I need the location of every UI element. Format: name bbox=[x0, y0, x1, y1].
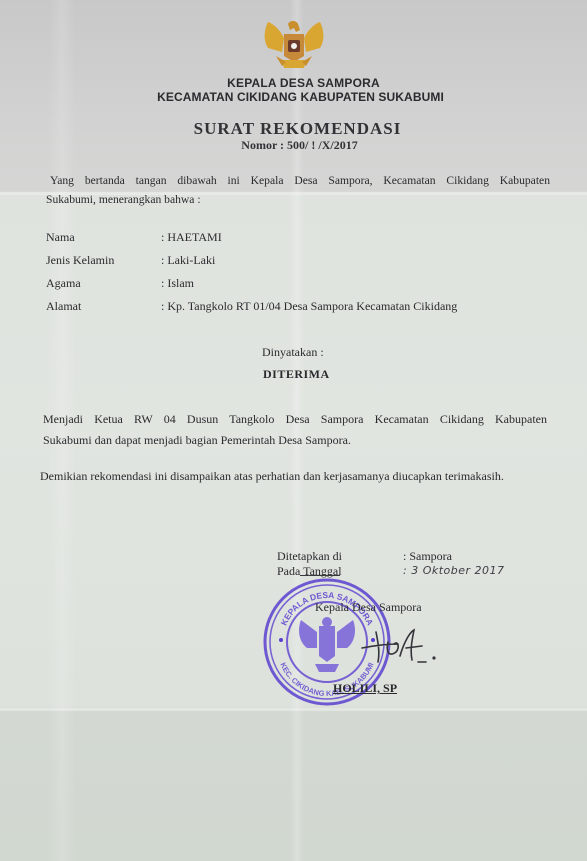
field-row-religion: Agama : Islam bbox=[46, 276, 457, 299]
garuda-emblem-icon bbox=[260, 16, 328, 74]
closing-paragraph: Demikian rekomendasi ini disampaikan ata… bbox=[40, 469, 504, 484]
field-label: Nama bbox=[46, 230, 161, 253]
intro-line: Yang bertanda tangan dibawah ini Kepala … bbox=[50, 171, 550, 190]
letterhead-line-1: KEPALA DESA SAMPORA bbox=[0, 76, 587, 90]
field-row-address: Alamat : Kp. Tangkolo RT 01/04 Desa Samp… bbox=[46, 299, 457, 322]
place-value: : Sampora bbox=[403, 549, 452, 564]
place-label: Ditetapkan di bbox=[277, 549, 403, 564]
document-number: Nomor : 500/ ! /X/2017 bbox=[0, 138, 587, 153]
body-line: Menjadi Ketua RW 04 Dusun Tangkolo Desa … bbox=[43, 409, 547, 430]
place-row: Ditetapkan di : Sampora bbox=[277, 549, 505, 564]
field-label: Alamat bbox=[46, 299, 161, 322]
intro-paragraph: Yang bertanda tangan dibawah ini Kepala … bbox=[50, 171, 550, 209]
field-row-gender: Jenis Kelamin : Laki-Laki bbox=[46, 253, 457, 276]
field-label: Agama bbox=[46, 276, 161, 299]
field-value: : Islam bbox=[161, 276, 194, 299]
body-paragraph: Menjadi Ketua RW 04 Dusun Tangkolo Desa … bbox=[43, 409, 547, 451]
field-value: : HAETAMI bbox=[161, 230, 222, 253]
declared-label: Dinyatakan : bbox=[262, 345, 324, 360]
handwritten-signature-icon bbox=[358, 622, 438, 670]
date-value: : 3 Oktober 2017 bbox=[403, 564, 505, 579]
field-value: : Laki-Laki bbox=[161, 253, 215, 276]
signer-name: HOLILI, SP bbox=[333, 681, 397, 696]
identity-fields: Nama : HAETAMI Jenis Kelamin : Laki-Laki… bbox=[46, 230, 457, 322]
letterhead-line-2: KECAMATAN CIKIDANG KABUPATEN SUKABUMI bbox=[0, 90, 587, 104]
field-row-name: Nama : HAETAMI bbox=[46, 230, 457, 253]
paper-fold bbox=[0, 708, 587, 711]
body-line: Sukabumi dan dapat menjadi bagian Pemeri… bbox=[43, 430, 547, 451]
intro-line: Sukabumi, menerangkan bahwa : bbox=[46, 190, 550, 209]
document-title: SURAT REKOMENDASI bbox=[0, 119, 587, 139]
decision-text: DITERIMA bbox=[263, 367, 330, 382]
signer-title: Kepala Desa Sampora bbox=[315, 600, 422, 615]
field-label: Jenis Kelamin bbox=[46, 253, 161, 276]
field-value: : Kp. Tangkolo RT 01/04 Desa Sampora Kec… bbox=[161, 299, 457, 322]
